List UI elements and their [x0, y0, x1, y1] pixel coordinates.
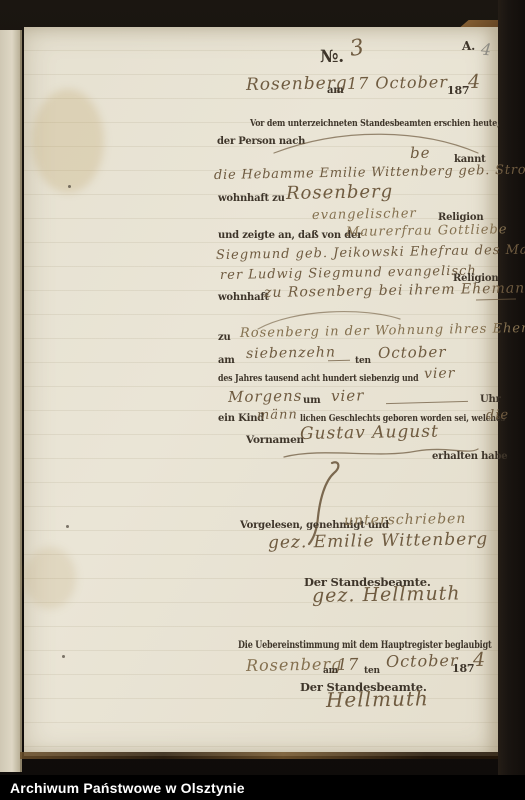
declarant-religion: evangelischer [312, 206, 417, 223]
hand-unterschrieben: unterschrieben [344, 511, 467, 529]
page-bottom-edge [20, 752, 498, 759]
registrar-signature-2: Hellmuth [326, 686, 429, 712]
entry-number-value: 3 [348, 35, 366, 62]
certification-am: am [323, 666, 338, 676]
dateline-am-label: am [327, 85, 344, 96]
birth-day: siebenzehn [246, 344, 336, 362]
hand-dash [386, 401, 468, 404]
left-page-edge [0, 30, 22, 772]
registrar-signature-1: gez. Hellmuth [312, 582, 461, 607]
mother-residence: zu Rosenberg bei ihrem Ehemann [264, 280, 525, 301]
certification-month: October [386, 651, 459, 671]
form-wohnhaft-zu: wohnhaft zu [218, 193, 285, 204]
form-wohnhaft: wohnhaft [218, 292, 269, 303]
form-zu: zu [218, 332, 231, 343]
corner-mark: A. [462, 39, 475, 53]
child-names: Gustav August [300, 422, 439, 444]
certification-year-printed: 187 [452, 662, 474, 675]
form-intro-line: Vor dem unterzeichneten Standesbeamten e… [250, 118, 525, 129]
dateline-day-month: 17 October [347, 72, 448, 93]
declarant-residence: Rosenberg [286, 181, 394, 204]
form-ten: ten [355, 356, 371, 366]
dateline-year-printed: 187 [447, 84, 469, 97]
declarant-signature: gez. Emilie Wittenberg [268, 529, 489, 553]
paper-speck [68, 185, 71, 188]
paper-speck [62, 655, 65, 658]
form-zeigte-an: und zeigte an, daß von der [218, 230, 362, 241]
birth-month: October [378, 343, 447, 362]
entry-number-label: №. [320, 47, 344, 67]
form-person-nach: der Person nach [217, 136, 305, 147]
mother-line-1: Maurerfrau Gottliebe [346, 222, 508, 240]
form-am: am [218, 355, 235, 366]
pencil-page-number: 4 [480, 40, 492, 60]
paper-stain [24, 547, 76, 609]
archive-watermark-bar: Archiwum Państwowe w Olsztynie [0, 775, 525, 800]
religion-label-1: Religion [438, 212, 483, 223]
form-vornamen: Vornamen [246, 434, 304, 446]
book-binding-right [498, 0, 525, 778]
birth-time-of-day: Morgens [228, 387, 303, 406]
paper-speck [66, 525, 69, 528]
birth-place: Rosenberg in der Wohnung ihres Ehemann [240, 320, 525, 341]
certification-year-digit: 4 [473, 649, 486, 671]
scanned-register-view: №. 3 A. 4 Rosenberg am 17 October 187 4 … [0, 0, 525, 800]
declarant-line: die Hebamme Emilie Wittenberg geb. Stroh… [214, 161, 525, 183]
form-um: um [303, 395, 320, 406]
paper-stain [32, 89, 104, 193]
archive-name: Archiwum Państwowe w Olsztynie [10, 780, 245, 796]
birth-year: vier [424, 365, 456, 382]
certification-day: 17 [337, 655, 360, 674]
certification-ten: ten [364, 666, 380, 676]
birth-hour: vier [331, 386, 365, 405]
hand-die: die [486, 408, 509, 423]
hand-be: be [410, 144, 431, 162]
form-erhalten-habe: erhalten habe [432, 451, 507, 462]
hand-dash [328, 360, 350, 362]
mother-line-3: rer Ludwig Siegmund evangelisch [220, 264, 477, 283]
register-page: №. 3 A. 4 Rosenberg am 17 October 187 4 … [24, 27, 498, 756]
mother-line-2: Siegmund geb. Jeikowski Ehefrau des Mau- [216, 242, 525, 263]
dateline-year-digit: 4 [468, 71, 481, 93]
form-uhr: Uhr [480, 394, 501, 405]
child-gender: männ [257, 407, 298, 423]
